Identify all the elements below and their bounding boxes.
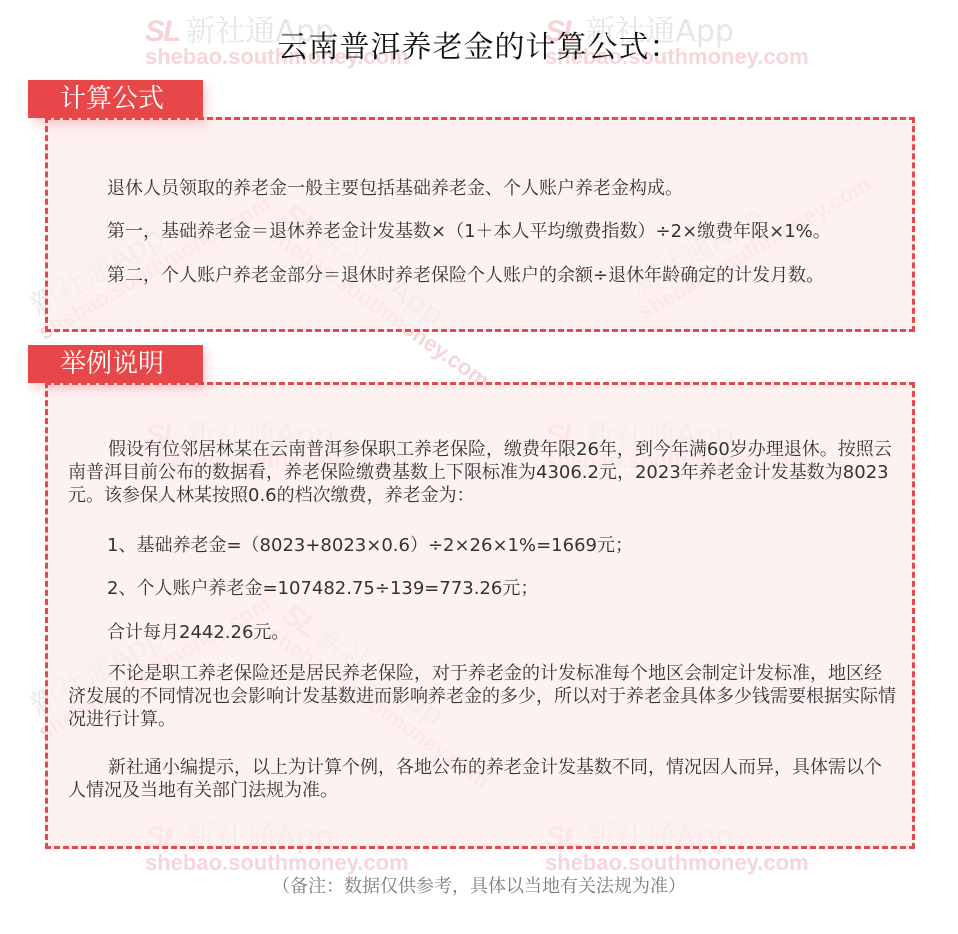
formula-intro: 退休人员领取的养老金一般主要包括基础养老金、个人账户养老金构成。 [107,174,683,200]
footnote: （备注：数据仅供参考，具体以当地有关法规为准） [0,872,958,898]
formula-personal-account: 第二，个人账户养老金部分＝退休时养老保险个人账户的余额÷退休年龄确定的计发月数。 [107,261,824,287]
section-label-formula: 计算公式 [28,80,203,118]
example-total: 合计每月2442.26元。 [107,618,289,644]
section-label-example: 举例说明 [28,345,203,383]
example-calc-basic: 1、基础养老金=（8023+8023×0.6）÷2×26×1%=1669元； [107,531,633,557]
example-explanation: 不论是职工养老保险还是居民养老保险，对于养老金的计发标准每个地区会制定计发标准，… [68,662,898,731]
example-intro: 假设有位邻居林某在云南普洱参保职工养老保险，缴费年限26年，到今年满60岁办理退… [68,438,898,507]
example-calc-personal: 2、个人账户养老金=107482.75÷139=773.26元； [107,574,538,600]
formula-basic-pension: 第一，基础养老金＝退休养老金计发基数×（1＋本人平均缴费指数）÷2×缴费年限×1… [107,217,831,243]
example-tip: 新社通小编提示，以上为计算个例，各地公布的养老金计发基数不同，情况因人而异，具体… [68,756,898,802]
page-title: 云南普洱养老金的计算公式： [0,22,958,66]
